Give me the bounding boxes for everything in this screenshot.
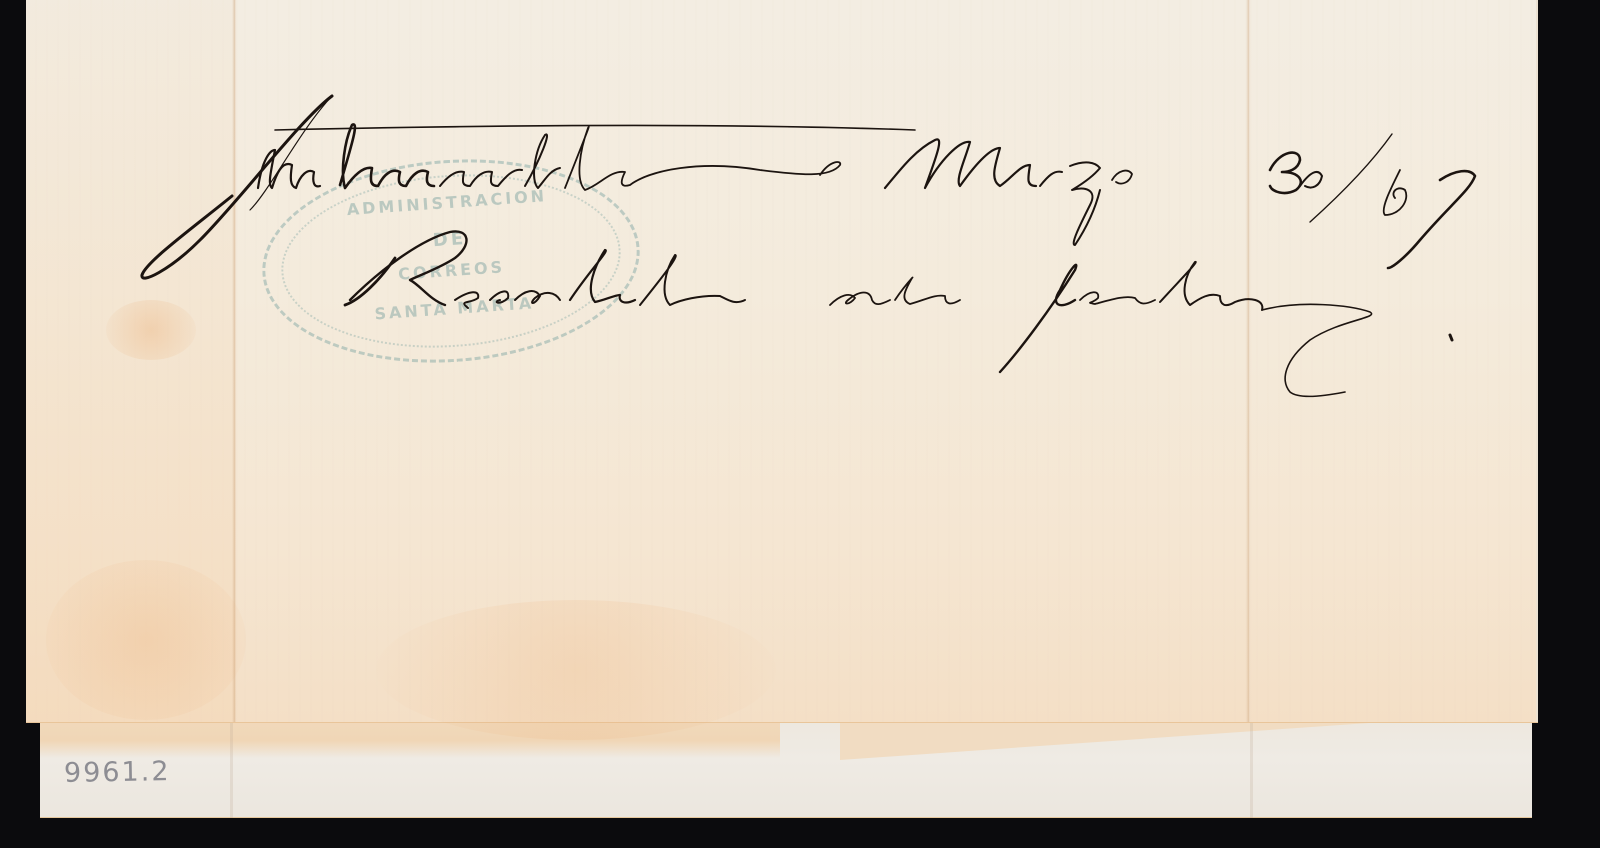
ink-strokes <box>0 0 1600 848</box>
docket-date: Marzo 30/69 <box>900 150 1157 196</box>
docket-received-note: Recibida en la fecha <box>350 265 762 311</box>
docket-place: Antamarita <box>230 150 458 196</box>
handwritten-docket: Antamarita Marzo 30/69 Recibida en la fe… <box>0 0 1600 848</box>
